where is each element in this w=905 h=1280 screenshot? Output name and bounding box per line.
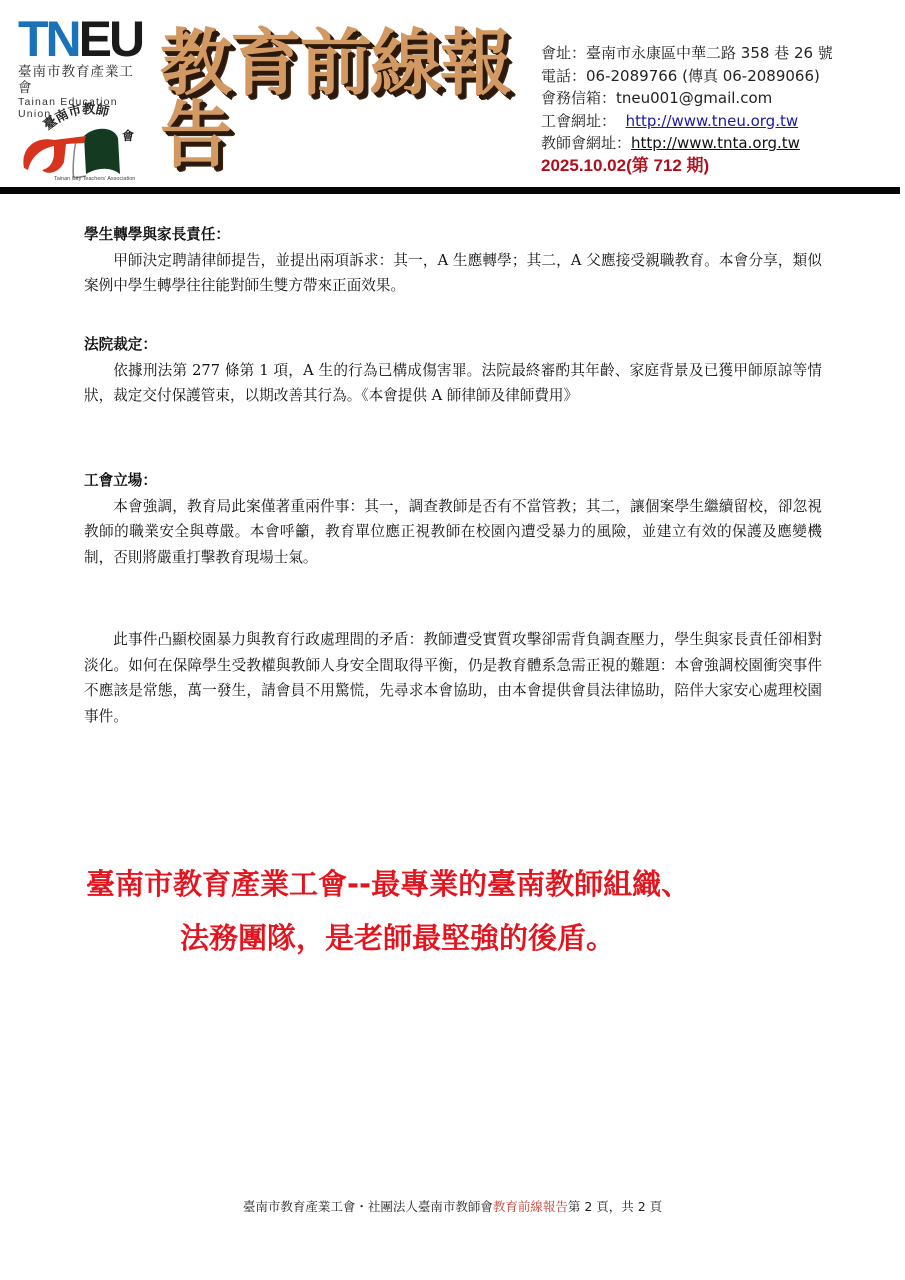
email-value: tneu001@gmail.com bbox=[616, 89, 772, 107]
section-union-position: 工會立場： 本會強調，教育局此案僅著重兩件事：其一，調查教師是否有不當管教；其二… bbox=[84, 468, 822, 570]
address-value: 臺南市永康區中華二路 358 巷 26 號 bbox=[586, 44, 833, 62]
tneu-wordmark-tn: TN bbox=[18, 11, 79, 67]
issue-date: 2025.10.02(第 712 期) bbox=[541, 155, 833, 178]
section-conclusion: 此事件凸顯校園暴力與教育行政處理間的矛盾：教師遭受實質攻擊卻需背負調查壓力，學生… bbox=[84, 627, 822, 729]
tneu-name-cn: 臺南市教育產業工會 bbox=[18, 64, 148, 96]
phone-row: 電話：06-2089766 (傳真 06-2089066) bbox=[541, 65, 833, 88]
tcta-name-en: Tainan City Teachers' Association bbox=[54, 176, 135, 182]
masthead-title: 教育前線報告 bbox=[160, 44, 535, 154]
tcta-site-link[interactable]: http://www.tnta.org.tw bbox=[631, 134, 800, 152]
footer-publication: 教育前線報告 bbox=[493, 1199, 568, 1214]
section-transfer-responsibility: 學生轉學與家長責任： 甲師決定聘請律師提告，並提出兩項訴求：其一，A 生應轉學；… bbox=[84, 222, 822, 299]
contact-block: 會址：臺南市永康區中華二路 358 巷 26 號 電話：06-2089766 (… bbox=[541, 42, 833, 177]
tcta-emblem-icon: 臺南市教師 會 bbox=[14, 96, 144, 186]
email-row: 會務信箱：tneu001@gmail.com bbox=[541, 87, 833, 110]
tneu-wordmark: TNEU bbox=[18, 16, 148, 62]
section-heading: 學生轉學與家長責任： bbox=[84, 222, 822, 248]
page-header: TNEU 臺南市教育產業工會 Tainan Education Union 臺南… bbox=[0, 0, 905, 192]
tneu-wordmark-eu: EU bbox=[79, 11, 142, 67]
tcta-logo: 臺南市教師 會 Tainan City Teachers' Associatio… bbox=[14, 96, 144, 186]
section-paragraph: 依據刑法第 277 條第 1 項，A 生的行為已構成傷害罪。法院最終審酌其年齡、… bbox=[84, 358, 822, 409]
section-heading: 法院裁定： bbox=[84, 332, 822, 358]
section-court-ruling: 法院裁定： 依據刑法第 277 條第 1 項，A 生的行為已構成傷害罪。法院最終… bbox=[84, 332, 822, 409]
phone-value: 06-2089766 (傳真 06-2089066) bbox=[586, 67, 820, 85]
footer-org: 臺南市教育產業工會・社團法人臺南市教師會 bbox=[243, 1199, 493, 1214]
page-footer: 臺南市教育產業工會・社團法人臺南市教師會教育前線報告第 2 頁，共 2 頁 bbox=[0, 1197, 905, 1215]
slogan-line-2: 法務團隊，是老師最堅強的後盾。 bbox=[180, 918, 780, 958]
section-paragraph: 此事件凸顯校園暴力與教育行政處理間的矛盾：教師遭受實質攻擊卻需背負調查壓力，學生… bbox=[84, 627, 822, 729]
union-site-link[interactable]: http://www.tneu.org.tw bbox=[626, 112, 799, 130]
tcta-site-row: 教師會網址：http://www.tnta.org.tw bbox=[541, 132, 833, 155]
footer-page-info: 第 2 頁，共 2 頁 bbox=[568, 1199, 662, 1214]
header-divider bbox=[0, 187, 900, 194]
union-site-row: 工會網址： http://www.tneu.org.tw bbox=[541, 110, 833, 133]
svg-text:臺南市教師: 臺南市教師 bbox=[40, 101, 110, 133]
address-row: 會址：臺南市永康區中華二路 358 巷 26 號 bbox=[541, 42, 833, 65]
slogan-line-1: 臺南市教育產業工會--最專業的臺南教師組織、 bbox=[86, 864, 846, 904]
section-paragraph: 本會強調，教育局此案僅著重兩件事：其一，調查教師是否有不當管教；其二，讓個案學生… bbox=[84, 494, 822, 571]
section-heading: 工會立場： bbox=[84, 468, 822, 494]
svg-text:會: 會 bbox=[122, 128, 134, 143]
section-paragraph: 甲師決定聘請律師提告，並提出兩項訴求：其一，A 生應轉學；其二，A 父應接受親職… bbox=[84, 248, 822, 299]
